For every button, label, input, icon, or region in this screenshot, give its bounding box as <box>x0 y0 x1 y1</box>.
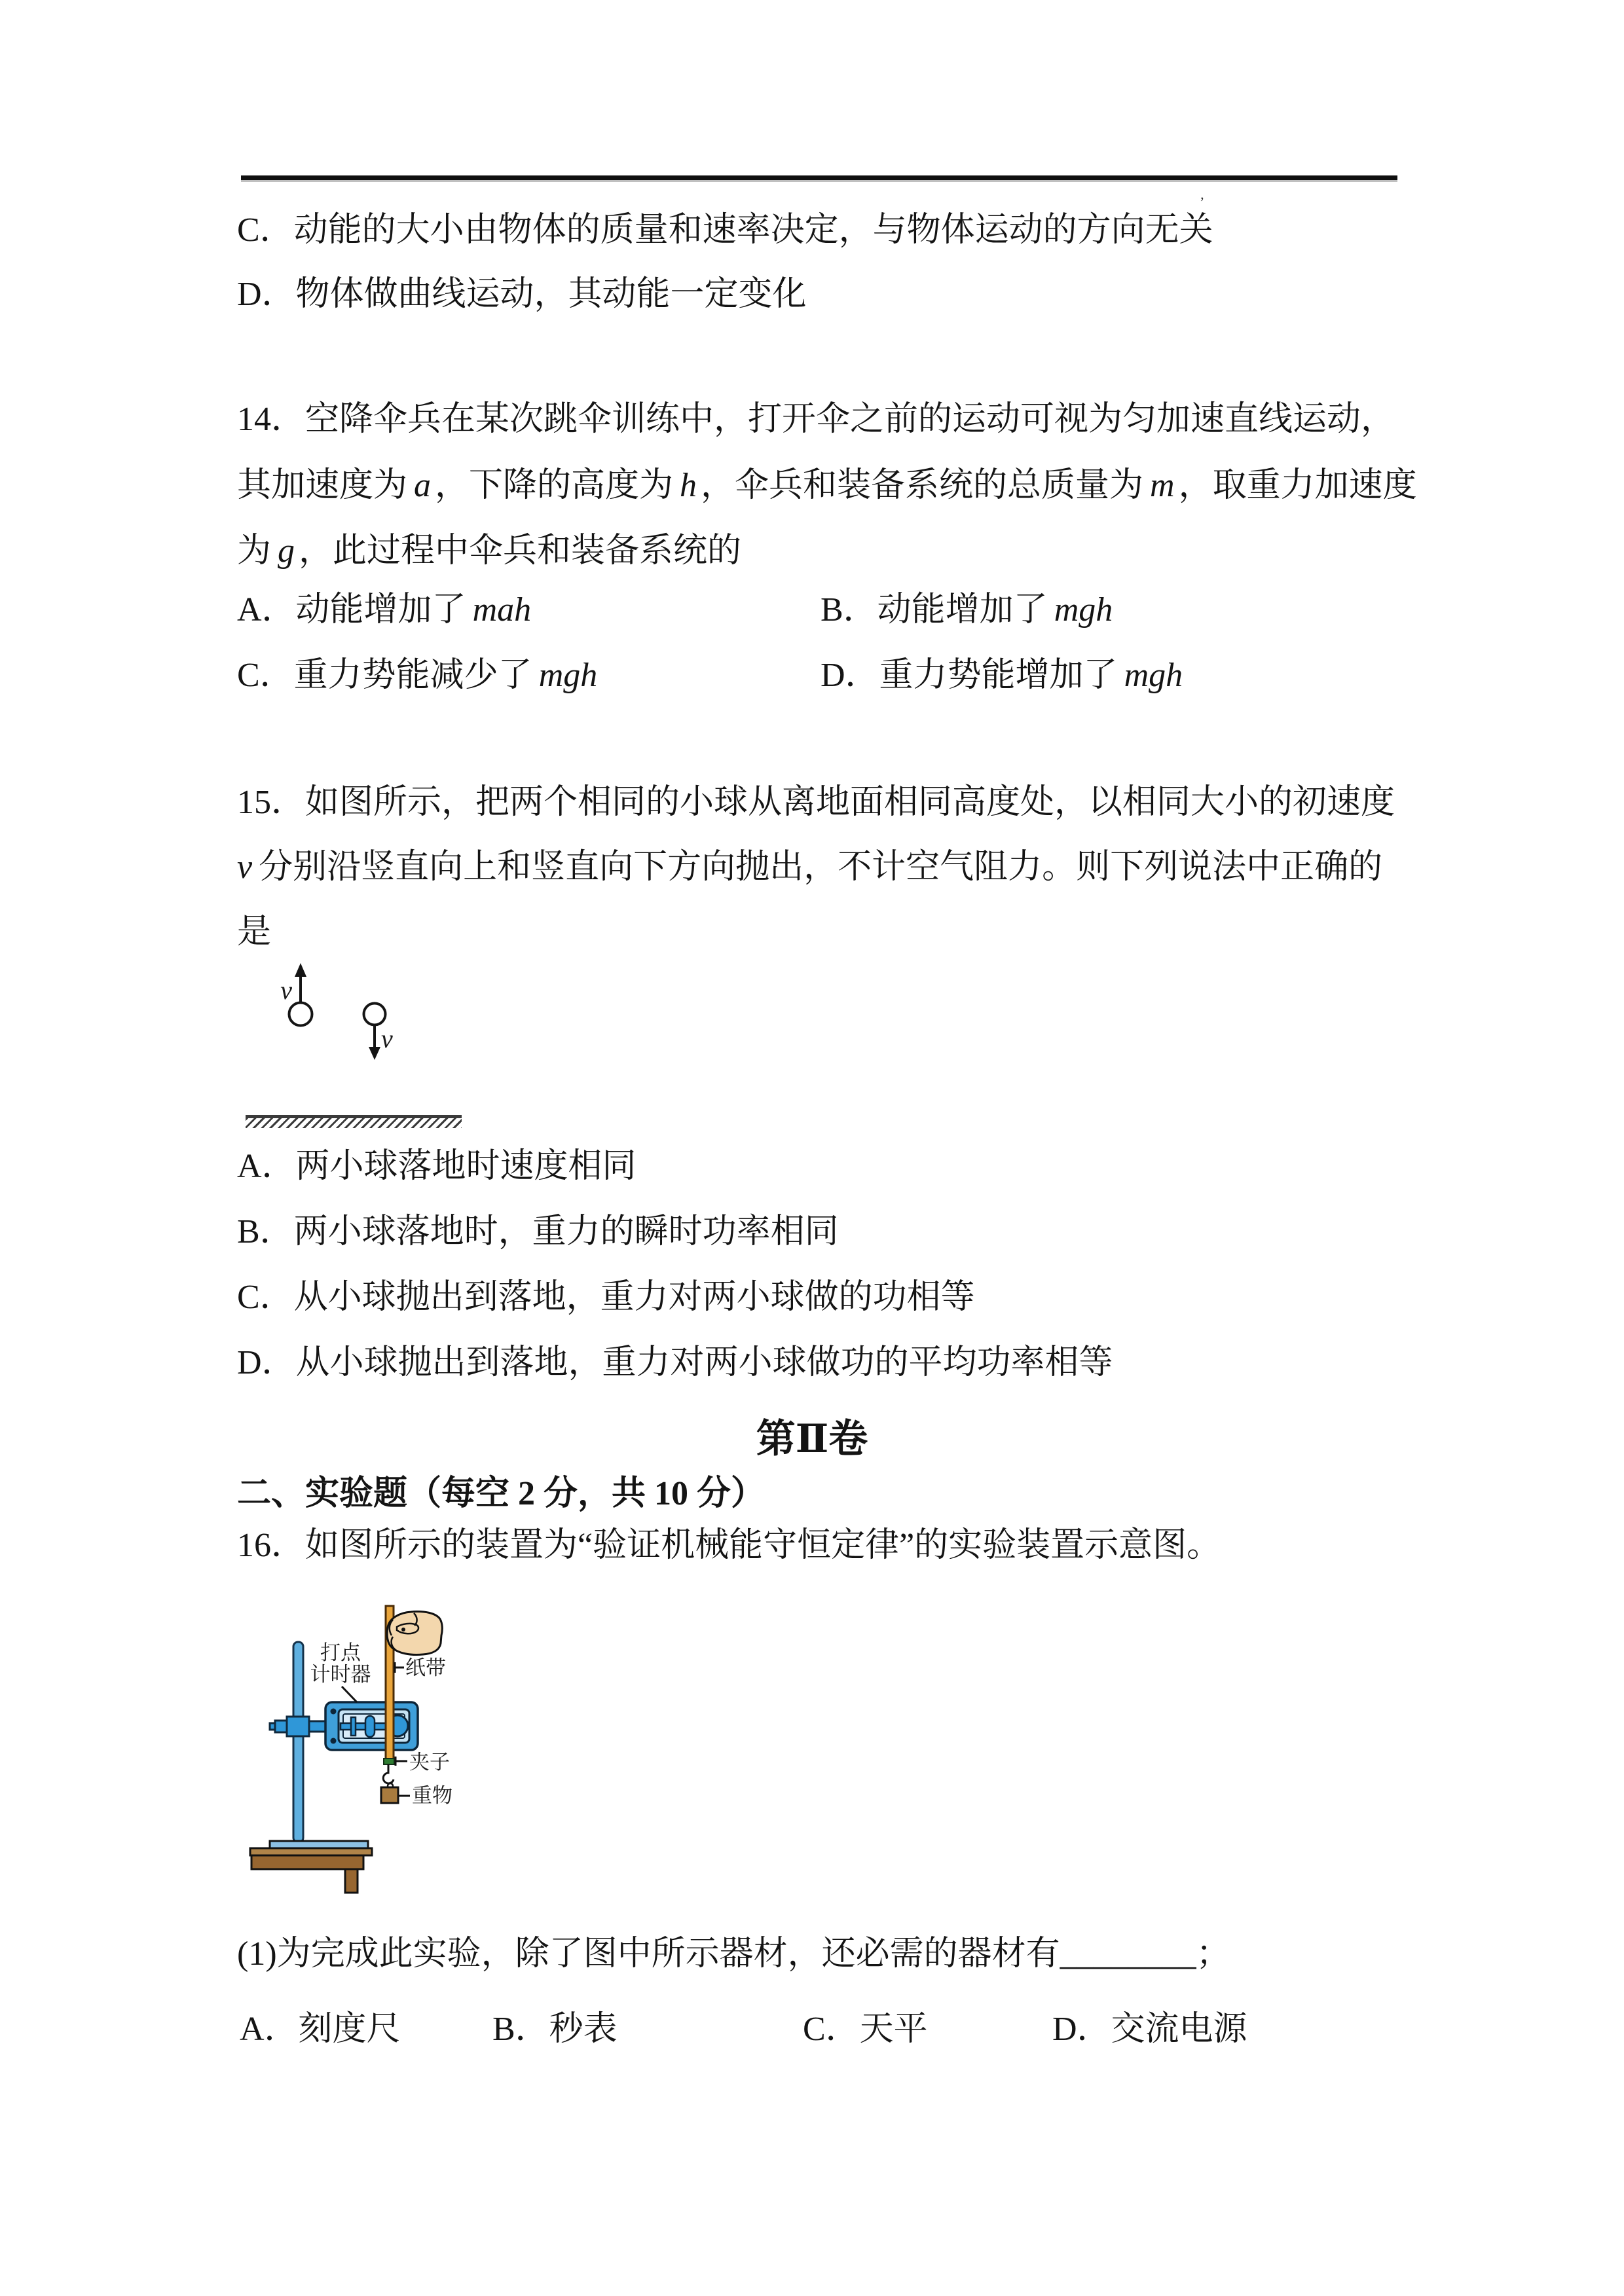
q15-line-2: v分别沿竖直向上和竖直向下方向抛出，不计空气阻力。则下列说法中正确的 <box>237 845 1382 890</box>
hook <box>383 1764 394 1783</box>
q14-line-2: 其加速度为a，下降的高度为h，伞兵和装备系统的总质量为m，取重力加速度 <box>237 464 1417 508</box>
table-top <box>250 1848 372 1855</box>
table-front <box>251 1855 363 1869</box>
q15-line-1: 15．如图所示，把两个相同的小球从离地面相同高度处，以相同大小的初速度 <box>237 780 1395 825</box>
q15-option-d: D．从小球抛出到落地，重力对两小球做功的平均功率相等 <box>237 1341 1113 1385</box>
q14-option-d: D．重力势能增加了mgh <box>821 653 1187 698</box>
section2-heading: 二、实验题（每空 2 分，共 10 分） <box>237 1472 765 1516</box>
v-down-label: v <box>381 1024 393 1053</box>
q14-line-3: 为g，此过程中伞兵和装备系统的 <box>237 529 741 574</box>
q16-intro: 16．如图所示的装置为“验证机械能守恒定律”的实验装置示意图。 <box>237 1523 1221 1568</box>
timer-label-line1: 打点 <box>320 1641 361 1664</box>
table-leg <box>345 1869 358 1893</box>
stand-rod <box>293 1642 303 1842</box>
q14-option-c: C．重力势能减少了mgh <box>237 653 601 698</box>
q16-blank-1-text: (1)为完成此实验，除了图中所示器材，还必需的器材有________； <box>237 1932 1230 1977</box>
q15-option-b: B．两小球落地时，重力的瞬时功率相同 <box>237 1210 839 1254</box>
timer-screw-top <box>331 1709 337 1715</box>
up-arrow <box>295 963 306 1002</box>
ground-hatching <box>246 1115 462 1128</box>
header-rule <box>241 175 1397 180</box>
ball-up <box>289 1003 312 1026</box>
weight-label: 重物 <box>412 1784 452 1807</box>
q16-apparatus-figure: 打点 计时器 纸带 夹子 重物 <box>242 1597 465 1899</box>
hand-dot <box>401 1628 405 1631</box>
q15-figure: v v <box>242 956 465 1120</box>
q16-1-option-a: A．刻度尺 <box>240 2007 401 2052</box>
hand <box>387 1611 442 1654</box>
q15-option-a: A．两小球落地时速度相同 <box>237 1144 637 1189</box>
q13-option-c: C．动能的大小由物体的质量和速率决定，与物体运动的方向无关 <box>237 208 1213 253</box>
down-arrow <box>369 1025 380 1060</box>
weight <box>381 1787 398 1803</box>
clip-label: 夹子 <box>409 1751 450 1774</box>
timer-pointer-line <box>342 1686 357 1702</box>
v-up-label: v <box>280 975 292 1005</box>
q14-option-a: A．动能增加了mah <box>237 588 535 632</box>
exam-page: ’ C．动能的大小由物体的质量和速率决定，与物体运动的方向无关 D．物体做曲线运… <box>0 0 1624 2296</box>
q15-option-c: C．从小球抛出到落地，重力对两小球做的功相等 <box>237 1275 975 1320</box>
clip <box>384 1758 394 1764</box>
q14-line-1: 14．空降伞兵在某次跳伞训练中，打开伞之前的运动可视为匀加速直线运动， <box>237 397 1395 442</box>
q15-line-3: 是 <box>237 910 271 955</box>
tape-label: 纸带 <box>405 1656 446 1679</box>
q16-1-option-d: D．交流电源 <box>1052 2007 1247 2052</box>
timer-label-line2: 计时器 <box>310 1663 371 1686</box>
part2-title: 第Ⅱ卷 <box>0 1408 1624 1464</box>
table <box>250 1848 372 1893</box>
rod-clamp <box>270 1717 326 1736</box>
q14-option-b: B．动能增加了mgh <box>821 588 1116 632</box>
q16-1-option-b: B．秒表 <box>492 2007 618 2052</box>
ball-down <box>364 1004 386 1025</box>
timer-screw-bottom <box>331 1738 337 1744</box>
q16-1-option-c: C．天平 <box>803 2007 928 2052</box>
q13-option-d: D．物体做曲线运动，其动能一定变化 <box>237 272 807 317</box>
